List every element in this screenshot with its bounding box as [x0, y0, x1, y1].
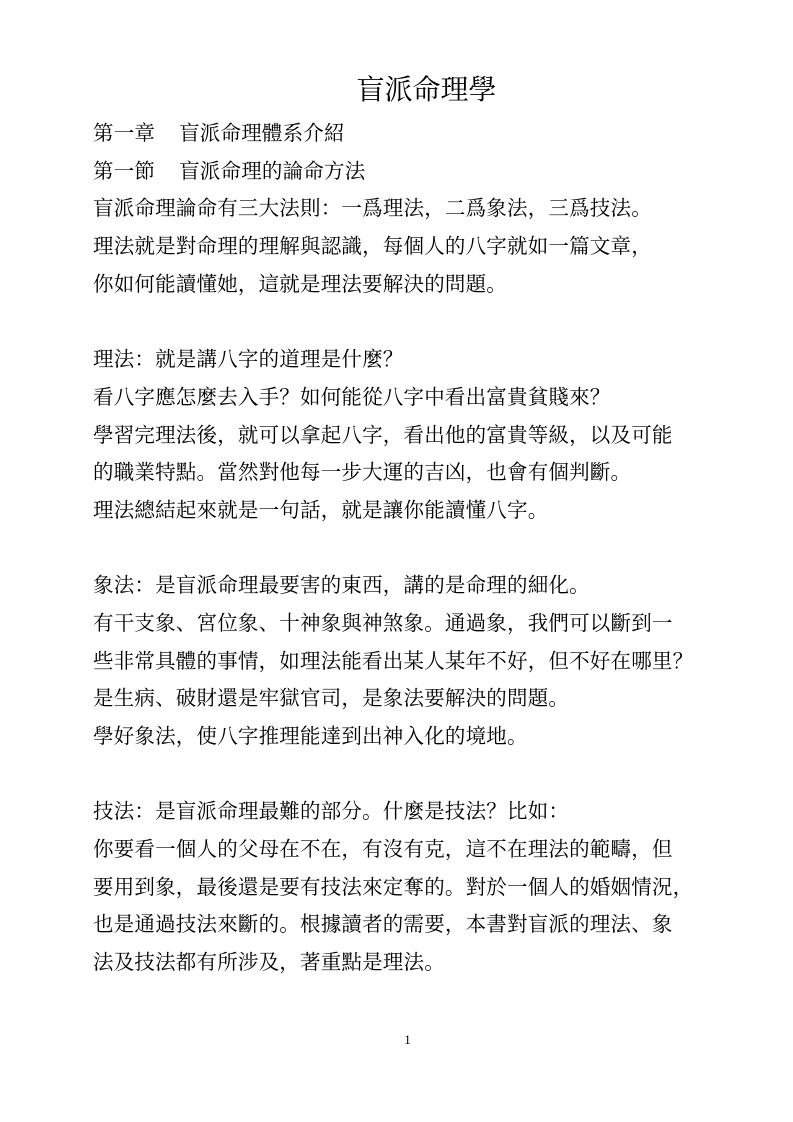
text-line: 理法就是對命理的理解與認識，每個人的八字就如一篇文章， [93, 228, 713, 266]
document-body: 第一章盲派命理體系介紹 第一節盲派命理的論命方法 盲派命理論命有三大法則：一爲理… [93, 115, 713, 982]
text-line: 學習完理法後，就可以拿起八字，看出他的富貴等級，以及可能 [93, 417, 713, 455]
text-line: 要用到象，最後還是要有技法來定奪的。對於一個人的婚姻情況， [93, 869, 713, 907]
text-line: 盲派命理論命有三大法則：一爲理法，二爲象法，三爲技法。 [93, 190, 713, 228]
text-line: 你要看一個人的父母在不在，有沒有克，這不在理法的範疇，但 [93, 831, 713, 869]
chapter-label: 第一章 [93, 121, 155, 145]
paragraph-xiangfa: 象法：是盲派命理最要害的東西，講的是命理的細化。 有干支象、宮位象、十神象與神煞… [93, 567, 713, 755]
section-label: 第一節 [93, 159, 155, 183]
text-line: 技法：是盲派命理最難的部分。什麼是技法？比如： [93, 793, 713, 831]
chapter-title: 盲派命理體系介紹 [179, 121, 345, 145]
text-line: 法及技法都有所涉及，著重點是理法。 [93, 944, 713, 982]
text-line: 學好象法，使八字推理能達到出神入化的境地。 [93, 718, 713, 756]
chapter-heading: 第一章盲派命理體系介紹 [93, 115, 713, 153]
section-heading: 第一節盲派命理的論命方法 [93, 153, 713, 191]
text-line: 些非常具體的事情，如理法能看出某人某年不好，但不好在哪里？ [93, 643, 713, 681]
paragraph-lifa: 理法：就是講八字的道理是什麼？ 看八字應怎麼去入手？如何能從八字中看出富貴貧賤來… [93, 341, 713, 529]
text-line: 有干支象、宮位象、十神象與神煞象。通過象，我們可以斷到一 [93, 605, 713, 643]
text-line: 的職業特點。當然對他每一步大運的吉凶，也會有個判斷。 [93, 454, 713, 492]
paragraph-spacer [93, 530, 713, 568]
paragraph-spacer [93, 303, 713, 341]
text-line: 象法：是盲派命理最要害的東西，講的是命理的細化。 [93, 567, 713, 605]
text-line: 看八字應怎麼去入手？如何能從八字中看出富貴貧賤來？ [93, 379, 713, 417]
text-line: 理法總結起來就是一句話，就是讓你能讀懂八字。 [93, 492, 713, 530]
paragraph-jifa: 技法：是盲派命理最難的部分。什麼是技法？比如： 你要看一個人的父母在不在，有沒有… [93, 793, 713, 981]
text-line: 也是通過技法來斷的。根據讀者的需要，本書對盲派的理法、象 [93, 906, 713, 944]
text-line: 理法：就是講八字的道理是什麼？ [93, 341, 713, 379]
paragraph-intro: 盲派命理論命有三大法則：一爲理法，二爲象法，三爲技法。 理法就是對命理的理解與認… [93, 190, 713, 303]
section-title: 盲派命理的論命方法 [179, 159, 365, 183]
document-title: 盲派命理學 [0, 70, 793, 110]
page-number: 1 [0, 1032, 793, 1048]
document-page: 盲派命理學 第一章盲派命理體系介紹 第一節盲派命理的論命方法 盲派命理論命有三大… [0, 0, 793, 1122]
text-line: 是生病、破財還是牢獄官司，是象法要解決的問題。 [93, 680, 713, 718]
text-line: 你如何能讀懂她，這就是理法要解決的問題。 [93, 266, 713, 304]
paragraph-spacer [93, 756, 713, 794]
